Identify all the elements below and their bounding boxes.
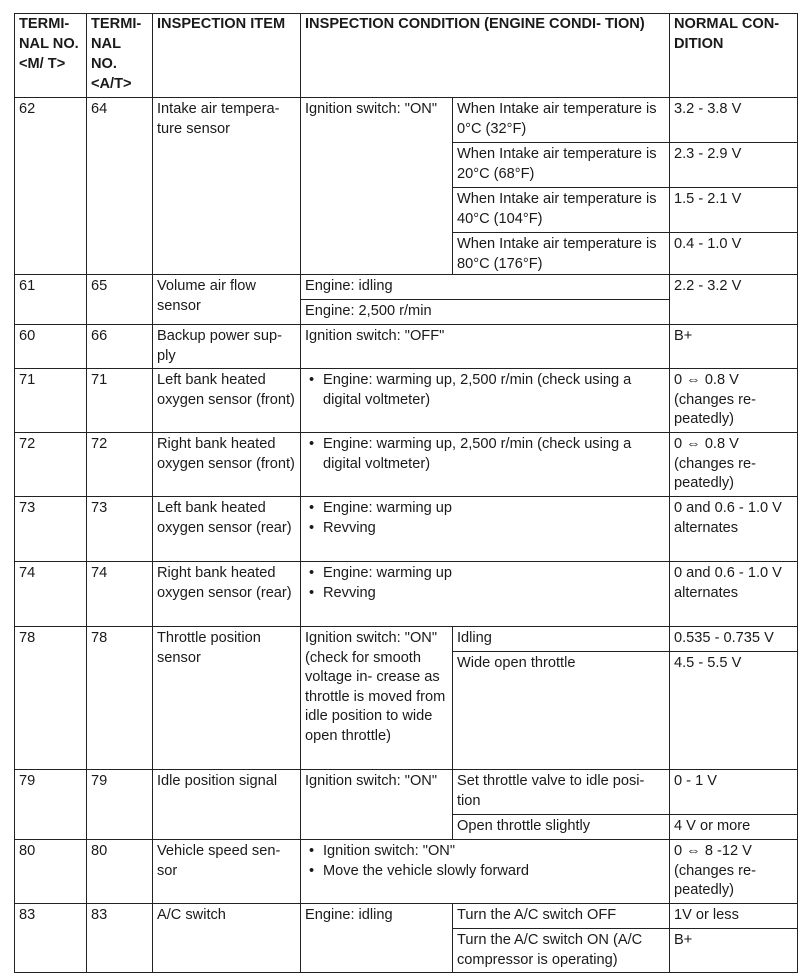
inspection-condition: Ignition switch: "ON" (check for smooth … <box>301 627 453 770</box>
normal-condition: 1V or less <box>670 904 798 929</box>
inspection-condition: Ignition switch: "ON" Move the vehicle s… <box>301 840 670 904</box>
table-row: 72 72 Right bank heated oxygen sensor (f… <box>15 433 798 497</box>
inspection-condition: Engine: warming up, 2,500 r/min (check u… <box>301 369 670 433</box>
table-row: 61 65 Volume air flow sensor Engine: idl… <box>15 275 798 300</box>
normal-condition: 2.3 - 2.9 V <box>670 143 798 188</box>
table-row: 78 78 Throttle position sensor Ignition … <box>15 627 798 652</box>
terminal-mt: 80 <box>15 840 87 904</box>
header-inspection-condition: INSPECTION CONDITION (ENGINE CONDI- TION… <box>301 14 670 98</box>
normal-condition: 0 and 0.6 - 1.0 V alternates <box>670 497 798 562</box>
header-normal-condition: NORMAL CON- DITION <box>670 14 798 98</box>
table-row: 79 79 Idle position signal Ignition swit… <box>15 770 798 815</box>
normal-condition: 0.535 - 0.735 V <box>670 627 798 652</box>
terminal-mt: 62 <box>15 98 87 275</box>
sub-condition: When Intake air temperature is 0°C (32°F… <box>453 98 670 143</box>
terminal-at: 73 <box>87 497 153 562</box>
terminal-mt: 72 <box>15 433 87 497</box>
table-row: 62 64 Intake air tempera- ture sensor Ig… <box>15 98 798 143</box>
condition-bullet: Engine: warming up, 2,500 r/min (check u… <box>305 435 665 474</box>
inspection-condition: Ignition switch: "ON" <box>301 98 453 275</box>
table-row: 80 80 Vehicle speed sen- sor Ignition sw… <box>15 840 798 904</box>
sub-condition: When Intake air temperature is 40°C (104… <box>453 188 670 233</box>
condition-bullet: Revving <box>305 519 665 539</box>
inspection-item: Right bank heated oxygen sensor (front) <box>153 433 301 497</box>
terminal-mt: 83 <box>15 904 87 973</box>
inspection-item: A/C switch <box>153 904 301 973</box>
normal-condition: 2.2 - 3.2 V <box>670 275 798 325</box>
terminal-at: 71 <box>87 369 153 433</box>
sub-condition: Wide open throttle <box>453 652 670 770</box>
inspection-item: Intake air tempera- ture sensor <box>153 98 301 275</box>
terminal-mt: 73 <box>15 497 87 562</box>
terminal-mt: 71 <box>15 369 87 433</box>
normal-condition: 4 V or more <box>670 815 798 840</box>
header-terminal-at: TERMI- NAL NO. <A/T> <box>87 14 153 98</box>
terminal-mt: 79 <box>15 770 87 840</box>
normal-condition: B+ <box>670 929 798 973</box>
inspection-condition: Engine: warming up Revving <box>301 497 670 562</box>
terminal-mt: 78 <box>15 627 87 770</box>
sub-condition: When Intake air temperature is 20°C (68°… <box>453 143 670 188</box>
terminal-at: 79 <box>87 770 153 840</box>
terminal-at: 66 <box>87 325 153 369</box>
table-row: 60 66 Backup power sup- ply Ignition swi… <box>15 325 798 369</box>
condition-bullet: Engine: warming up <box>305 564 665 584</box>
sub-condition: When Intake air temperature is 80°C (176… <box>453 233 670 275</box>
inspection-item: Left bank heated oxygen sensor (front) <box>153 369 301 433</box>
table-row: 83 83 A/C switch Engine: idling Turn the… <box>15 904 798 929</box>
terminal-mt: 74 <box>15 562 87 627</box>
terminal-at: 78 <box>87 627 153 770</box>
inspection-item: Right bank heated oxygen sensor (rear) <box>153 562 301 627</box>
condition-bullet: Ignition switch: "ON" <box>305 842 665 862</box>
inspection-item: Backup power sup- ply <box>153 325 301 369</box>
normal-condition: 0 ⇔ 0.8 V (changes re- peatedly) <box>670 433 798 497</box>
header-row: TERMI- NAL NO. <M/ T> TERMI- NAL NO. <A/… <box>15 14 798 98</box>
terminal-mt: 61 <box>15 275 87 325</box>
normal-condition: 0.4 - 1.0 V <box>670 233 798 275</box>
inspection-item: Left bank heated oxygen sensor (rear) <box>153 497 301 562</box>
inspection-condition: Engine: idling <box>301 904 453 973</box>
header-terminal-mt: TERMI- NAL NO. <M/ T> <box>15 14 87 98</box>
normal-condition: 0 and 0.6 - 1.0 V alternates <box>670 562 798 627</box>
terminal-at: 65 <box>87 275 153 325</box>
sub-condition: Idling <box>453 627 670 652</box>
inspection-item: Volume air flow sensor <box>153 275 301 325</box>
sub-condition: Engine: idling <box>301 275 670 300</box>
normal-condition: 3.2 - 3.8 V <box>670 98 798 143</box>
terminal-mt: 60 <box>15 325 87 369</box>
table-row: 74 74 Right bank heated oxygen sensor (r… <box>15 562 798 627</box>
inspection-item: Vehicle speed sen- sor <box>153 840 301 904</box>
terminal-at: 83 <box>87 904 153 973</box>
inspection-condition: Engine: warming up Revving <box>301 562 670 627</box>
normal-condition: 0 - 1 V <box>670 770 798 815</box>
terminal-at: 74 <box>87 562 153 627</box>
sub-condition: Open throttle slightly <box>453 815 670 840</box>
table-row: 73 73 Left bank heated oxygen sensor (re… <box>15 497 798 562</box>
inspection-item: Throttle position sensor <box>153 627 301 770</box>
terminal-at: 72 <box>87 433 153 497</box>
inspection-condition: Engine: warming up, 2,500 r/min (check u… <box>301 433 670 497</box>
normal-condition: 0 ⇔ 8 -12 V (changes re- peatedly) <box>670 840 798 904</box>
table-row: 71 71 Left bank heated oxygen sensor (fr… <box>15 369 798 433</box>
ecm-terminal-inspection-table: TERMI- NAL NO. <M/ T> TERMI- NAL NO. <A/… <box>14 13 798 973</box>
header-inspection-item: INSPECTION ITEM <box>153 14 301 98</box>
condition-bullet: Engine: warming up <box>305 499 665 519</box>
condition-bullet: Revving <box>305 584 665 604</box>
condition-bullet: Move the vehicle slowly forward <box>305 862 665 882</box>
inspection-condition: Ignition switch: "OFF" <box>301 325 670 369</box>
inspection-condition: Ignition switch: "ON" <box>301 770 453 840</box>
sub-condition: Turn the A/C switch OFF <box>453 904 670 929</box>
sub-condition: Set throttle valve to idle posi- tion <box>453 770 670 815</box>
normal-condition: B+ <box>670 325 798 369</box>
normal-condition: 4.5 - 5.5 V <box>670 652 798 770</box>
terminal-at: 64 <box>87 98 153 275</box>
inspection-item: Idle position signal <box>153 770 301 840</box>
sub-condition: Turn the A/C switch ON (A/C compressor i… <box>453 929 670 973</box>
sub-condition: Engine: 2,500 r/min <box>301 300 670 325</box>
terminal-at: 80 <box>87 840 153 904</box>
normal-condition: 0 ⇔ 0.8 V (changes re- peatedly) <box>670 369 798 433</box>
normal-condition: 1.5 - 2.1 V <box>670 188 798 233</box>
condition-bullet: Engine: warming up, 2,500 r/min (check u… <box>305 371 665 410</box>
